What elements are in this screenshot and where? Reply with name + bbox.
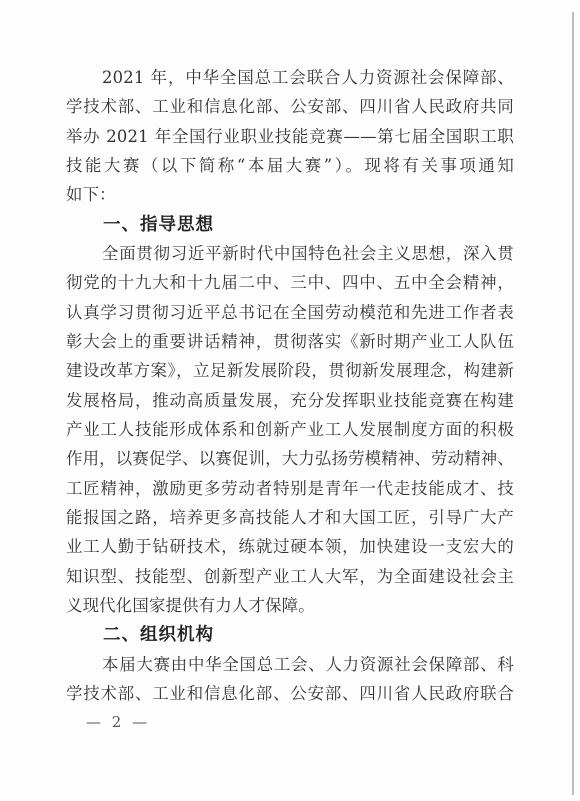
text-line: 工匠精神，激励更多劳动者特别是青年一代走技能成才、技 [66,474,514,503]
text-line: 认真学习贯彻习近平总书记在全国劳动模范和先进工作者表 [66,298,514,327]
document-body: 2021 年，中华全国总工会联合人力资源社会保障部、科学技术部、工业和信息化部、… [66,63,514,735]
text-line: 学技术部、工业和信息化部、公安部、四川省人民政府联合 [66,679,514,708]
scan-edge-line [572,12,574,795]
text-line: 建设改革方案》，立足新发展阶段，贯彻新发展理念，构建新 [66,356,514,385]
text-line: 业工人勤于钻研技术，练就过硬本领，加快建设一支宏大的 [66,532,514,561]
text-line: 2021 年，中华全国总工会联合人力资源社会保障部、科 [66,63,514,92]
text-line: 作用，以赛促学、以赛促训，大力弘扬劳模精神、劳动精神、 [66,444,514,473]
text-line: 能报国之路，培养更多高技能人才和大国工匠，引导广大产 [66,503,514,532]
text-line: 彻党的十九大和十九届二中、三中、四中、五中全会精神， [66,268,514,297]
text-line: 举办 2021 年全国行业职业技能竞赛——第七届全国职工职业 [66,122,514,151]
text-line: 发展格局，推动高质量发展，充分发挥职业技能竞赛在构建 [66,386,514,415]
text-line: 如下： [66,180,514,209]
section-heading: 一、指导思想 [66,210,514,239]
text-line: 技能大赛（以下简称“本届大赛”）。现将有关事项通知 [66,151,514,180]
page-number: — 2 — [66,709,514,735]
text-line: 产业工人技能形成体系和创新产业工人发展制度方面的积极 [66,415,514,444]
text-line: 知识型、技能型、创新型产业工人大军，为全面建设社会主 [66,562,514,591]
text-line: 学技术部、工业和信息化部、公安部、四川省人民政府共同 [66,92,514,121]
text-line: 本届大赛由中华全国总工会、人力资源社会保障部、科 [66,650,514,679]
text-line: 彰大会上的重要讲话精神，贯彻落实《新时期产业工人队伍 [66,327,514,356]
text-line: 全面贯彻习近平新时代中国特色社会主义思想，深入贯 [66,239,514,268]
text-line: 义现代化国家提供有力人才保障。 [66,591,514,620]
section-heading: 二、组织机构 [66,620,514,649]
document-page: 2021 年，中华全国总工会联合人力资源社会保障部、科学技术部、工业和信息化部、… [0,0,580,801]
